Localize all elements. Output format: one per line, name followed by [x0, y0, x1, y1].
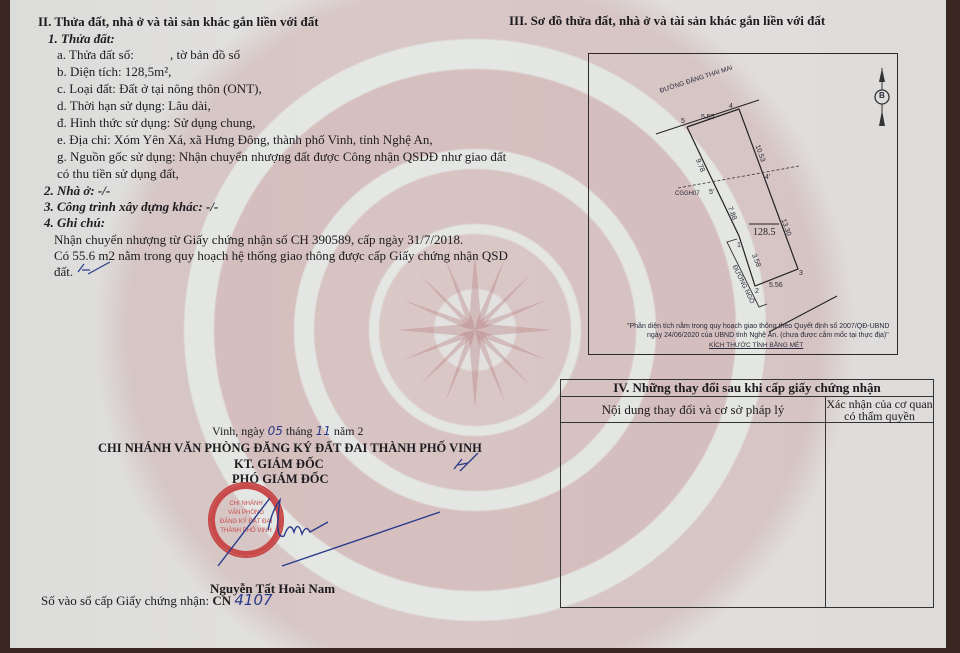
usage-term: d. Thời hạn sử dụng: Lâu dài,	[57, 97, 211, 114]
usage-origin-cont: có thu tiền sử dụng đất,	[57, 165, 179, 182]
planning-line-label: CGGH07	[675, 191, 700, 197]
certificate-page: II. Thửa đất, nhà ở và tài sản khác gắn …	[10, 0, 946, 648]
point-2: 2	[755, 288, 759, 295]
register-number: Số vào sổ cấp Giấy chứng nhận: CN 4107	[41, 592, 273, 609]
parcel-area: b. Diện tích: 128,5m²,	[57, 63, 171, 80]
notes-heading: 4. Ghi chú:	[44, 214, 105, 231]
parcel-map-drawing	[589, 54, 897, 354]
initials-mark-icon	[450, 447, 480, 475]
changes-content-cell	[561, 423, 826, 608]
dim-bottom: 5.56	[769, 282, 783, 289]
initials-mark-icon	[74, 258, 114, 278]
point-5: 5	[681, 118, 685, 125]
usage-form: đ. Hình thức sử dụng: Sử dụng chung,	[57, 114, 255, 131]
scale-note: KÍCH THƯỚC TÍNH BẰNG MÉT	[709, 342, 803, 349]
drum-star-watermark-icon	[395, 250, 555, 410]
parcel-number: a. Thửa đất số:	[57, 46, 134, 63]
column-header-confirmation: Xác nhận của cơ quan có thẩm quyền	[826, 397, 934, 423]
house-info: 2. Nhà ở: -/-	[44, 182, 110, 199]
section-3-title: III. Sơ đồ thửa đất, nhà ở và tài sản kh…	[509, 12, 825, 29]
point-1: 1	[737, 242, 741, 249]
address: e. Địa chỉ: Xóm Yên Xá, xã Hưng Đông, th…	[57, 131, 433, 148]
point-5-prime: 5'	[709, 189, 714, 196]
map-sheet-number: , tờ bản đồ số	[170, 46, 240, 63]
issue-month: 11	[316, 424, 331, 438]
parcel-heading: 1. Thửa đất:	[48, 30, 115, 47]
land-type: c. Loại đất: Đất ở tại nông thôn (ONT),	[57, 80, 262, 97]
issue-day: 05	[268, 424, 283, 438]
footnote-line-1: "Phần diện tích nằm trong quy hoạch giao…	[627, 323, 889, 330]
usage-origin: g. Nguồn gốc sử dụng: Nhận chuyển nhượng…	[57, 148, 506, 165]
parcel-area-label: 128.5	[753, 227, 776, 238]
dim-top: 5.55	[701, 114, 715, 121]
signature-stroke-icon	[210, 490, 450, 570]
other-construction: 3. Công trình xây dựng khác: -/-	[44, 198, 218, 215]
section-4-title: IV. Những thay đổi sau khi cấp giấy chứn…	[561, 380, 934, 397]
issue-date: Vinh, ngày 05 tháng 11 năm 2	[212, 423, 364, 440]
changes-table: IV. Những thay đổi sau khi cấp giấy chứn…	[560, 379, 934, 608]
note-line: đất.	[54, 263, 73, 280]
point-4: 4	[729, 103, 733, 110]
section-2-title: II. Thửa đất, nhà ở và tài sản khác gắn …	[38, 13, 319, 30]
point-3: 3	[799, 270, 803, 277]
point-4-prime: 4'	[765, 174, 770, 181]
issuing-office: CHI NHÁNH VĂN PHÒNG ĐĂNG KÝ ĐẤT ĐAI THÀN…	[98, 440, 482, 457]
north-label: B	[879, 91, 885, 100]
column-header-changes: Nội dung thay đổi và cơ sở pháp lý	[561, 397, 826, 423]
note-line: Có 55.6 m2 nằm trong quy hoạch hệ thống …	[54, 247, 508, 264]
footnote-line-2: ngày 24/06/2020 của UBND tỉnh Nghệ An. (…	[647, 332, 889, 339]
confirmation-cell	[826, 423, 934, 608]
note-line: Nhận chuyển nhượng từ Giấy chứng nhận số…	[54, 231, 463, 248]
parcel-sketch: B ĐƯỜNG ĐẶNG THAI MAI ĐƯỜNG NGÕ 5.55 10.…	[588, 53, 898, 355]
